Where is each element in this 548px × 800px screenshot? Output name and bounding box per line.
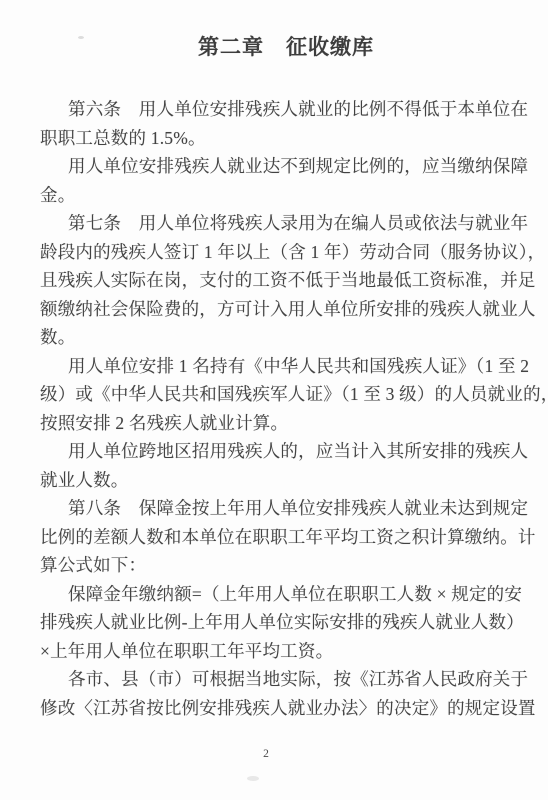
document-body: 第六条 用人单位安排残疾人就业的比例不得低于本单位在 职职工总数的 1.5%。 …: [0, 95, 548, 722]
text-line: 排残疾人就业比例-上年用人单位实际安排的残疾人就业人数）: [40, 608, 522, 637]
text-line: 数。: [40, 323, 522, 352]
chapter-title: 第二章 征收缴库: [12, 0, 548, 60]
text-line: 各市、县（市）可根据当地实际，按《江苏省人民政府关于: [40, 665, 522, 694]
page-number: 2: [0, 748, 540, 760]
text-line: 第六条 用人单位安排残疾人就业的比例不得低于本单位在: [40, 95, 522, 124]
text-line: 修改〈江苏省按比例安排残疾人就业办法〉的决定》的规定设置: [40, 694, 522, 723]
text-line: 用人单位安排残疾人就业达不到规定比例的，应当缴纳保障: [40, 152, 522, 181]
text-line: 龄段内的残疾人签订 1 年以上（含 1 年）劳动合同（服务协议），: [40, 238, 522, 267]
text-line: 第八条 保障金按上年用人单位安排残疾人就业未达到规定: [40, 494, 522, 523]
text-line: 额缴纳社会保险费的，方可计入用人单位所安排的残疾人就业人: [40, 295, 522, 324]
text-line: 保障金年缴纳额=（上年用人单位在职职工人数 × 规定的安: [40, 580, 522, 609]
text-line: 金。: [40, 181, 522, 210]
text-line: 用人单位安排 1 名持有《中华人民共和国残疾人证》（1 至 2: [40, 352, 522, 381]
text-line: ×上年用人单位在职职工年平均工资。: [40, 637, 522, 666]
text-line: 按照安排 2 名残疾人就业计算。: [40, 409, 522, 438]
text-line: 算公式如下：: [40, 551, 522, 580]
text-line: 职职工总数的 1.5%。: [40, 124, 522, 153]
text-line: 用人单位跨地区招用残疾人的，应当计入其所安排的残疾人: [40, 437, 522, 466]
text-line: 比例的差额人数和本单位在职职工年平均工资之积计算缴纳。计: [40, 523, 522, 552]
document-page: 第二章 征收缴库 第六条 用人单位安排残疾人就业的比例不得低于本单位在 职职工总…: [0, 0, 548, 800]
text-line: 级）或《中华人民共和国残疾军人证》（1 至 3 级）的人员就业的，: [40, 380, 522, 409]
text-line: 就业人数。: [40, 466, 522, 495]
text-line: 第七条 用人单位将残疾人录用为在编人员或依法与就业年: [40, 209, 522, 238]
text-line: 且残疾人实际在岗，支付的工资不低于当地最低工资标准，并足: [40, 266, 522, 295]
scan-smudge-artifact: [247, 776, 259, 781]
